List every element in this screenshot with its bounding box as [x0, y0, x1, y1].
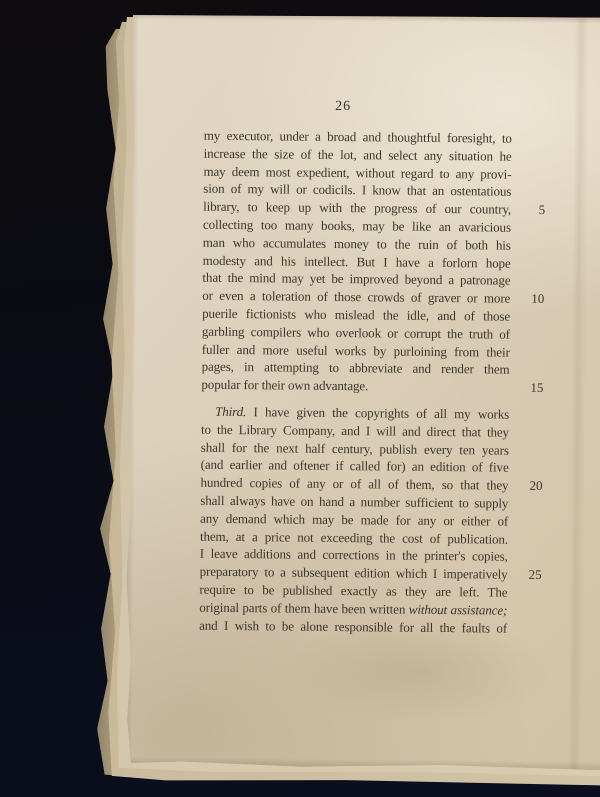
- book-page-stack: 26 my executor, under a broad and though…: [122, 13, 600, 778]
- text-line: popular for their own advantage.: [201, 376, 509, 397]
- text-line: garbling compilers who overlook or corru…: [202, 322, 510, 343]
- text-line: man who accumulates money to the ruin of…: [203, 234, 511, 255]
- italic-lead: Third.: [215, 404, 246, 419]
- paragraph-2: Third. I have given the copyrights of al…: [199, 403, 509, 637]
- margin-line-number-5: 5: [511, 201, 545, 219]
- margin-line-number-20: 20: [508, 477, 542, 495]
- margin-line-number-25: 25: [508, 566, 542, 584]
- text-line: to the Library Company, and I will and d…: [201, 420, 509, 441]
- paragraph-1: my executor, under a broad and thoughtfu…: [201, 127, 512, 397]
- text-block: my executor, under a broad and thoughtfu…: [199, 127, 512, 637]
- italic-phrase: without assistance;: [409, 601, 508, 617]
- text-line: any demand which may be made for any or …: [200, 509, 508, 530]
- margin-line-number-15: 15: [509, 379, 543, 397]
- margin-line-number-10: 10: [510, 290, 544, 308]
- line-text: I have given the copyrights of all my wo…: [246, 404, 509, 422]
- text-line: original parts of them have been written…: [199, 598, 507, 619]
- text-line: and I wish to be alone responsible for a…: [199, 616, 507, 637]
- line-text: original parts of them have been written: [199, 599, 409, 616]
- page-number: 26: [288, 99, 398, 116]
- book-page: 26 my executor, under a broad and though…: [122, 13, 600, 771]
- photo-of-book-page: 26 my executor, under a broad and though…: [0, 0, 600, 797]
